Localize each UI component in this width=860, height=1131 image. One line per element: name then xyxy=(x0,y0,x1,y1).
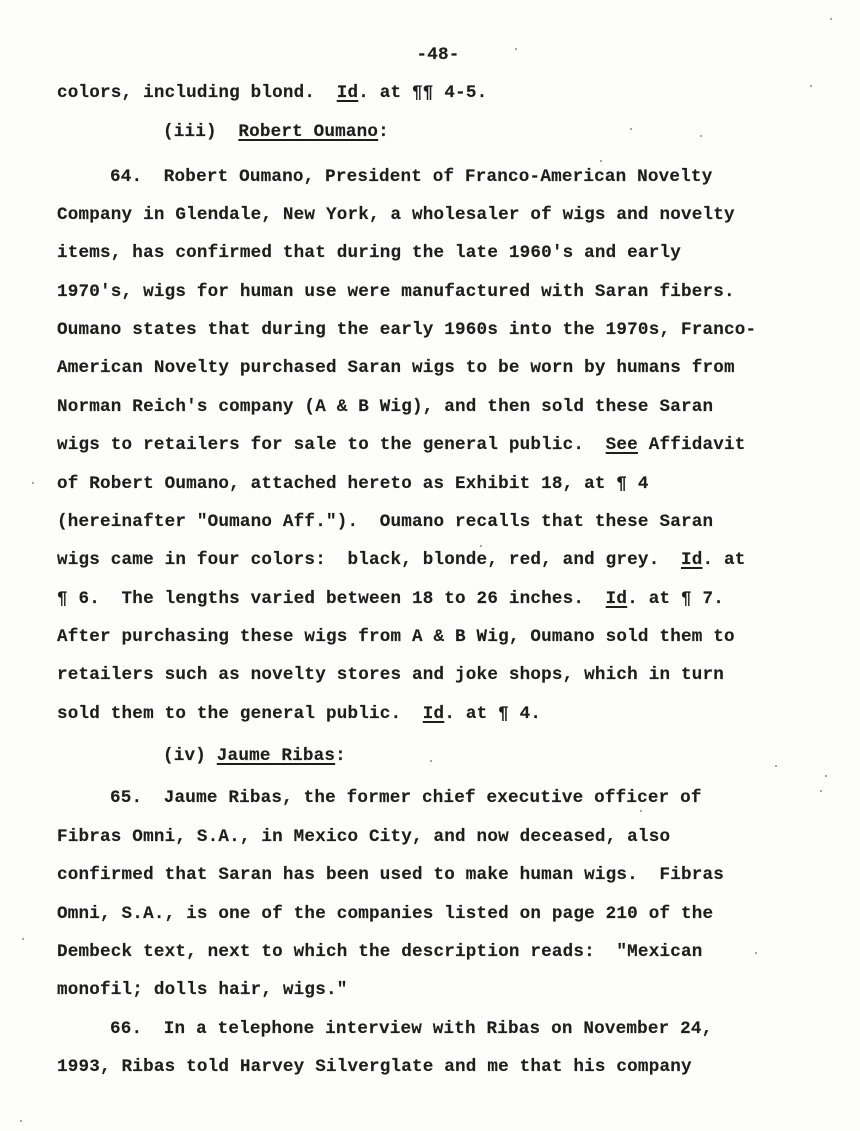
scan-speck xyxy=(480,545,482,547)
text-segment: of Robert Oumano, attached hereto as Exh… xyxy=(57,474,649,494)
text-line: Company in Glendale, New York, a wholesa… xyxy=(57,205,735,225)
text-segment: Affidavit xyxy=(638,435,746,455)
text-line: (hereinafter "Oumano Aff."). Oumano reca… xyxy=(57,512,713,532)
text-line: 1993, Ribas told Harvey Silverglate and … xyxy=(57,1057,692,1077)
text-line: items, has confirmed that during the lat… xyxy=(57,243,681,263)
scan-speck xyxy=(600,160,602,162)
text-line: (iv) Jaume Ribas: xyxy=(163,746,346,766)
underlined-citation: Id xyxy=(681,550,703,570)
text-segment: : xyxy=(335,746,346,766)
text-segment: : xyxy=(378,122,389,142)
text-segment: Norman Reich's company (A & B Wig), and … xyxy=(57,397,713,417)
scan-speck xyxy=(515,48,517,50)
text-line: 1970's, wigs for human use were manufact… xyxy=(57,282,735,302)
text-segment: Dembeck text, next to which the descript… xyxy=(57,942,702,962)
text-segment: wigs to retailers for sale to the genera… xyxy=(57,435,606,455)
text-segment: . at ¶ 7. xyxy=(627,589,724,609)
text-line: Dembeck text, next to which the descript… xyxy=(57,942,702,962)
text-line: monofil; dolls hair, wigs." xyxy=(57,980,347,1000)
text-segment: American Novelty purchased Saran wigs to… xyxy=(57,358,735,378)
text-segment: Company in Glendale, New York, a wholesa… xyxy=(57,205,735,225)
scan-speck xyxy=(830,18,832,20)
underlined-citation: Jaume Ribas xyxy=(217,746,335,766)
text-segment: . at ¶ 4. xyxy=(444,704,541,724)
scan-speck xyxy=(630,128,632,130)
text-segment: Oumano states that during the early 1960… xyxy=(57,320,756,340)
text-segment: wigs came in four colors: black, blonde,… xyxy=(57,550,681,570)
text-segment: 1970's, wigs for human use were manufact… xyxy=(57,282,735,302)
text-segment: items, has confirmed that during the lat… xyxy=(57,243,681,263)
scan-speck xyxy=(20,1120,22,1122)
text-segment: sold them to the general public. xyxy=(57,704,423,724)
text-segment: . at ¶¶ 4-5. xyxy=(358,83,487,103)
text-line: (iii) Robert Oumano: xyxy=(163,122,389,142)
text-line: Norman Reich's company (A & B Wig), and … xyxy=(57,397,713,417)
scan-speck xyxy=(350,600,352,602)
scan-speck xyxy=(640,810,642,812)
text-line: After purchasing these wigs from A & B W… xyxy=(57,627,735,647)
text-segment: (iii) xyxy=(163,122,238,142)
page-number: -48- xyxy=(0,45,860,65)
underlined-citation: Robert Oumano xyxy=(238,122,378,142)
text-line: ¶ 6. The lengths varied between 18 to 26… xyxy=(57,589,724,609)
text-segment: 65. Jaume Ribas, the former chief execut… xyxy=(110,788,702,808)
text-line: Omni, S.A., is one of the companies list… xyxy=(57,904,713,924)
scan-speck xyxy=(700,135,702,137)
text-line: 64. Robert Oumano, President of Franco-A… xyxy=(110,167,712,187)
text-line: American Novelty purchased Saran wigs to… xyxy=(57,358,735,378)
text-segment: (iv) xyxy=(163,746,217,766)
text-line: confirmed that Saran has been used to ma… xyxy=(57,865,724,885)
text-segment: 64. Robert Oumano, President of Franco-A… xyxy=(110,167,712,187)
scan-speck xyxy=(820,790,822,792)
text-segment: colors, including blond. xyxy=(57,83,337,103)
scan-speck xyxy=(22,938,24,940)
text-segment: monofil; dolls hair, wigs." xyxy=(57,980,347,1000)
scan-speck xyxy=(825,775,827,777)
scan-speck xyxy=(755,952,757,954)
text-segment: 1993, Ribas told Harvey Silverglate and … xyxy=(57,1057,692,1077)
text-line: 66. In a telephone interview with Ribas … xyxy=(110,1019,712,1039)
text-line: sold them to the general public. Id. at … xyxy=(57,704,541,724)
text-segment: After purchasing these wigs from A & B W… xyxy=(57,627,735,647)
underlined-citation: Id xyxy=(606,589,628,609)
text-segment: Fibras Omni, S.A., in Mexico City, and n… xyxy=(57,827,670,847)
underlined-citation: Id xyxy=(337,83,359,103)
text-line: wigs to retailers for sale to the genera… xyxy=(57,435,746,455)
text-segment: 66. In a telephone interview with Ribas … xyxy=(110,1019,712,1039)
text-segment: confirmed that Saran has been used to ma… xyxy=(57,865,724,885)
underlined-citation: See xyxy=(606,435,638,455)
scan-speck xyxy=(430,760,432,762)
text-line: Fibras Omni, S.A., in Mexico City, and n… xyxy=(57,827,670,847)
underlined-citation: Id xyxy=(423,704,445,724)
text-line: 65. Jaume Ribas, the former chief execut… xyxy=(110,788,702,808)
text-segment: (hereinafter "Oumano Aff."). Oumano reca… xyxy=(57,512,713,532)
text-segment: ¶ 6. The lengths varied between 18 to 26… xyxy=(57,589,606,609)
text-line: wigs came in four colors: black, blonde,… xyxy=(57,550,746,570)
scan-speck xyxy=(775,765,777,767)
scan-speck xyxy=(32,482,34,484)
document-page: -48- colors, including blond. Id. at ¶¶ … xyxy=(0,0,860,1131)
text-segment: . at xyxy=(703,550,746,570)
text-line: of Robert Oumano, attached hereto as Exh… xyxy=(57,474,649,494)
text-segment: Omni, S.A., is one of the companies list… xyxy=(57,904,713,924)
text-line: colors, including blond. Id. at ¶¶ 4-5. xyxy=(57,83,487,103)
text-line: retailers such as novelty stores and jok… xyxy=(57,665,724,685)
scan-speck xyxy=(810,85,812,87)
text-segment: retailers such as novelty stores and jok… xyxy=(57,665,724,685)
text-line: Oumano states that during the early 1960… xyxy=(57,320,756,340)
